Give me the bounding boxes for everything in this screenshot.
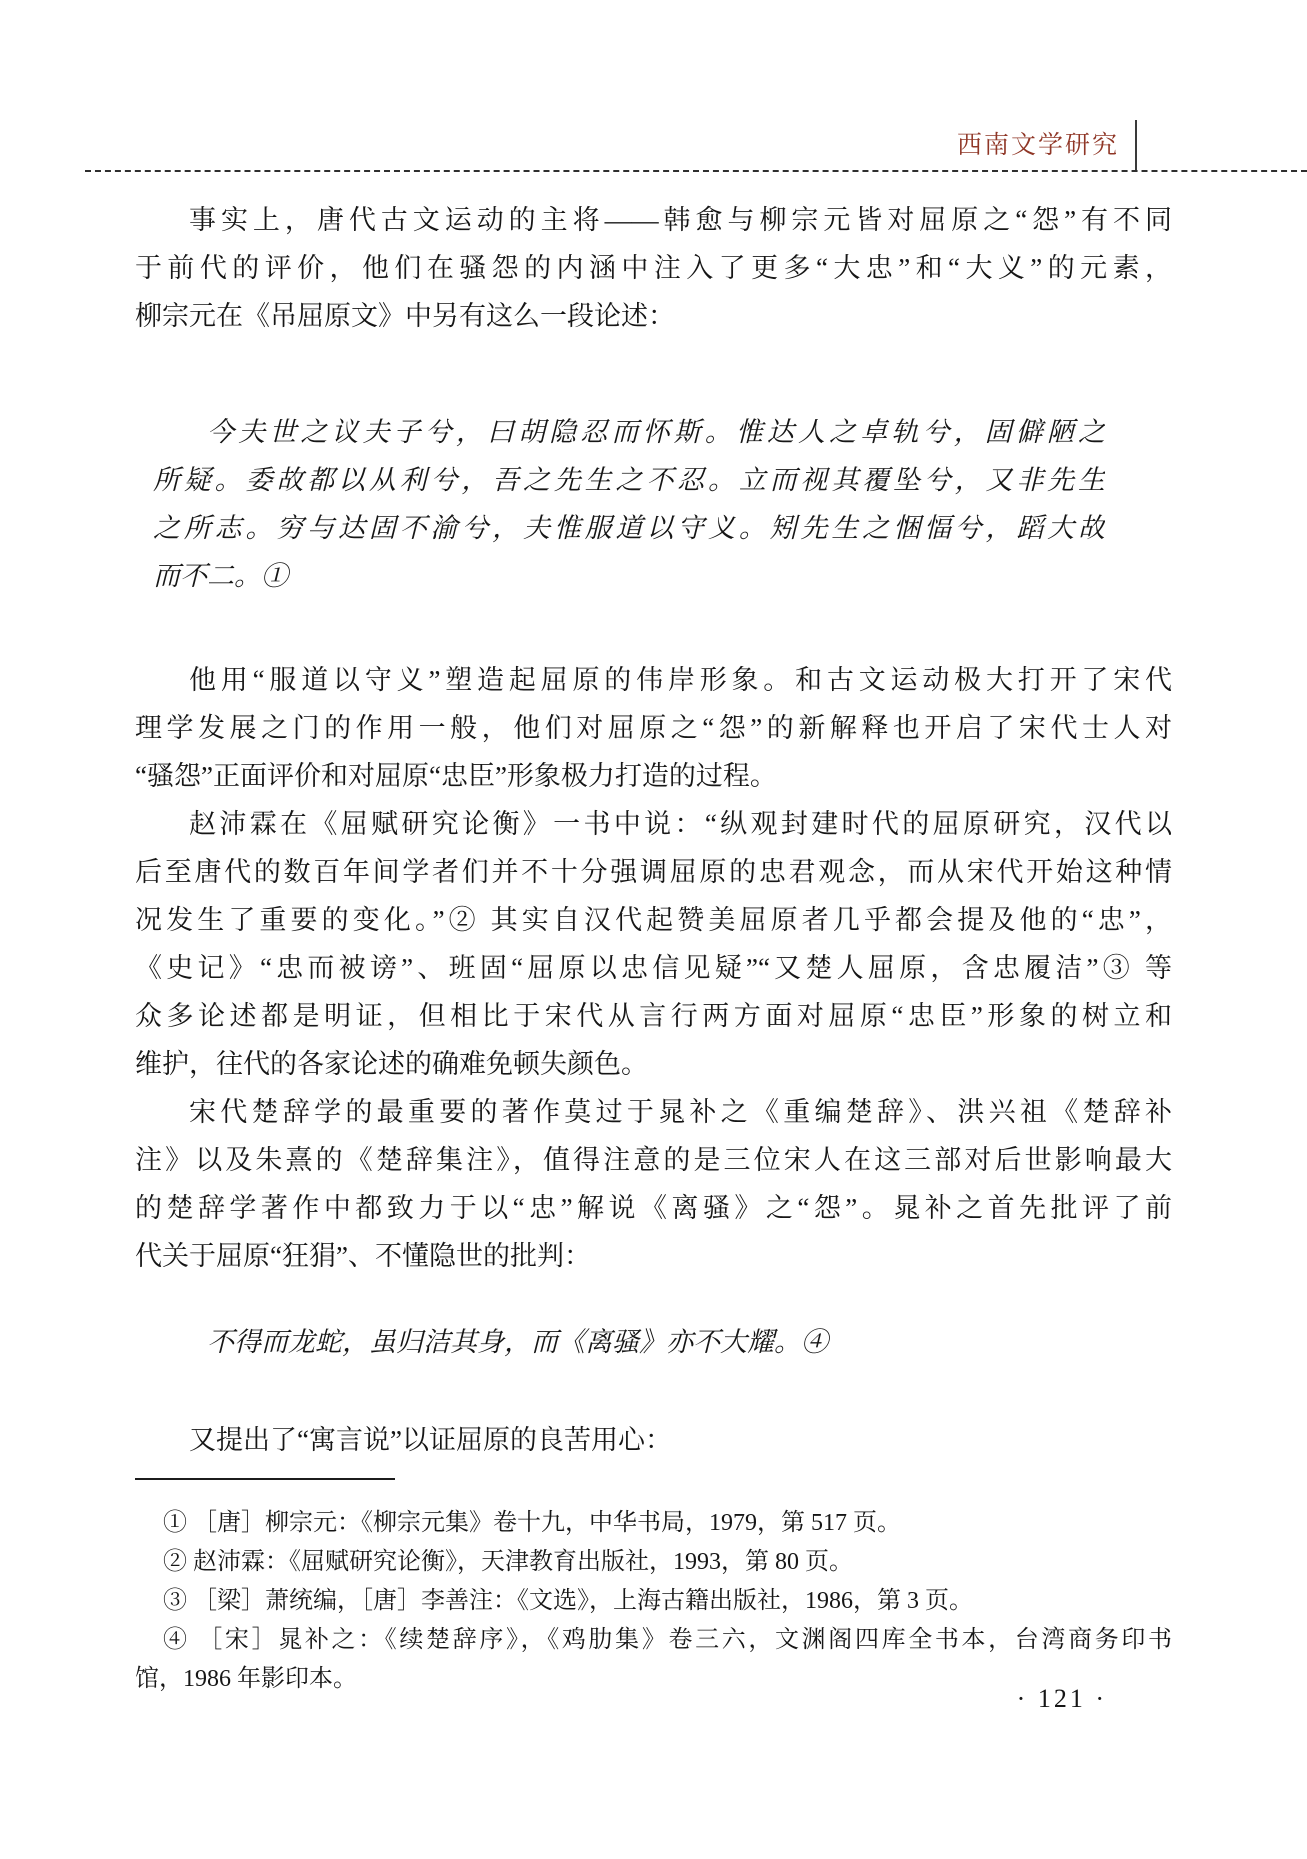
text-line: 众多论述都是明证，但相比于宋代从言行两方面对屈原“忠臣”形象的树立和 xyxy=(135,992,1172,1040)
block-quote-1: 今夫世之议夫子兮，曰胡隐忍而怀斯。惟达人之卓轨兮，固僻陋之 所疑。委故都以从利兮… xyxy=(135,408,1105,600)
text-line: 代关于屈原“狂狷”、不懂隐世的批判： xyxy=(135,1232,1172,1280)
header-divider-line xyxy=(1135,120,1137,172)
text-line: 况发生了重要的变化。”② 其实自汉代起赞美屈原者几乎都会提及他的“忠”， xyxy=(135,896,1172,944)
quote-line: 所疑。委故都以从利兮，吾之先生之不忍。立而视其覆坠兮，又非先生 xyxy=(153,456,1105,504)
block-quote-2: 不得而龙蛇，虽归洁其身，而《离骚》亦不大耀。④ xyxy=(135,1318,1105,1366)
text-line: 于前代的评价，他们在骚怨的内涵中注入了更多“大忠”和“大义”的元素， xyxy=(135,244,1172,292)
footnote-line: ② 赵沛霖：《屈赋研究论衡》，天津教育出版社，1993，第 80 页。 xyxy=(135,1543,1172,1582)
page-header: 西南文学研究 xyxy=(957,120,1137,172)
text-line: 的楚辞学著作中都致力于以“忠”解说《离骚》之“怨”。晁补之首先批评了前 xyxy=(135,1184,1172,1232)
paragraph-5: 又提出了“寓言说”以证屈原的良苦用心： xyxy=(135,1416,1172,1464)
quote-line: 不得而龙蛇，虽归洁其身，而《离骚》亦不大耀。④ xyxy=(153,1318,1105,1366)
text-line: 又提出了“寓言说”以证屈原的良苦用心： xyxy=(135,1416,1172,1464)
footnotes: ① ［唐］柳宗元：《柳宗元集》卷十九，中华书局，1979，第 517 页。 ② … xyxy=(135,1504,1172,1699)
body-text: 事实上，唐代古文运动的主将——韩愈与柳宗元皆对屈原之“怨”有不同 于前代的评价，… xyxy=(135,196,1172,1699)
text-line: “骚怨”正面评价和对屈原“忠臣”形象极力打造的过程。 xyxy=(135,752,1172,800)
text-line: 《史记》“忠而被谤”、班固“屈原以忠信见疑”“又楚人屈原，含忠履洁”③ 等 xyxy=(135,944,1172,992)
text-line: 后至唐代的数百年间学者们并不十分强调屈原的忠君观念，而从宋代开始这种情 xyxy=(135,848,1172,896)
text-line: 理学发展之门的作用一般，他们对屈原之“怨”的新解释也开启了宋代士人对 xyxy=(135,704,1172,752)
footnote-line: ① ［唐］柳宗元：《柳宗元集》卷十九，中华书局，1979，第 517 页。 xyxy=(135,1504,1172,1543)
footnote-line: ④ ［宋］晁补之：《续楚辞序》，《鸡肋集》卷三六，文渊阁四库全书本，台湾商务印书 xyxy=(135,1621,1172,1660)
footnote-separator xyxy=(135,1478,395,1480)
paragraph-4: 宋代楚辞学的最重要的著作莫过于晁补之《重编楚辞》、洪兴祖《楚辞补 注》以及朱熹的… xyxy=(135,1088,1172,1280)
paragraph-3: 赵沛霖在《屈赋研究论衡》一书中说：“纵观封建时代的屈原研究，汉代以 后至唐代的数… xyxy=(135,800,1172,1088)
paragraph-1: 事实上，唐代古文运动的主将——韩愈与柳宗元皆对屈原之“怨”有不同 于前代的评价，… xyxy=(135,196,1172,340)
text-line: 维护，往代的各家论述的确难免顿失颜色。 xyxy=(135,1040,1172,1088)
text-line: 柳宗元在《吊屈原文》中另有这么一段论述： xyxy=(135,292,1172,340)
footnote-line: ③ ［梁］萧统编，［唐］李善注：《文选》，上海古籍出版社，1986，第 3 页。 xyxy=(135,1582,1172,1621)
document-page: 西南文学研究 事实上，唐代古文运动的主将——韩愈与柳宗元皆对屈原之“怨”有不同 … xyxy=(0,0,1307,1859)
quote-line: 而不二。① xyxy=(153,552,1105,600)
text-line: 宋代楚辞学的最重要的著作莫过于晁补之《重编楚辞》、洪兴祖《楚辞补 xyxy=(135,1088,1172,1136)
text-line: 他用“服道以守义”塑造起屈原的伟岸形象。和古文运动极大打开了宋代 xyxy=(135,656,1172,704)
text-line: 注》以及朱熹的《楚辞集注》，值得注意的是三位宋人在这三部对后世影响最大 xyxy=(135,1136,1172,1184)
text-line: 赵沛霖在《屈赋研究论衡》一书中说：“纵观封建时代的屈原研究，汉代以 xyxy=(135,800,1172,848)
paragraph-2: 他用“服道以守义”塑造起屈原的伟岸形象。和古文运动极大打开了宋代 理学发展之门的… xyxy=(135,656,1172,800)
page-number: · 121 · xyxy=(1017,1684,1107,1714)
quote-line: 今夫世之议夫子兮，曰胡隐忍而怀斯。惟达人之卓轨兮，固僻陋之 xyxy=(153,408,1105,456)
text-line: 事实上，唐代古文运动的主将——韩愈与柳宗元皆对屈原之“怨”有不同 xyxy=(135,196,1172,244)
journal-title: 西南文学研究 xyxy=(957,120,1119,172)
quote-line: 之所志。穷与达固不渝兮，夫惟服道以守义。矧先生之悃愊兮，蹈大故 xyxy=(153,504,1105,552)
header-dashed-rule xyxy=(85,170,1307,172)
